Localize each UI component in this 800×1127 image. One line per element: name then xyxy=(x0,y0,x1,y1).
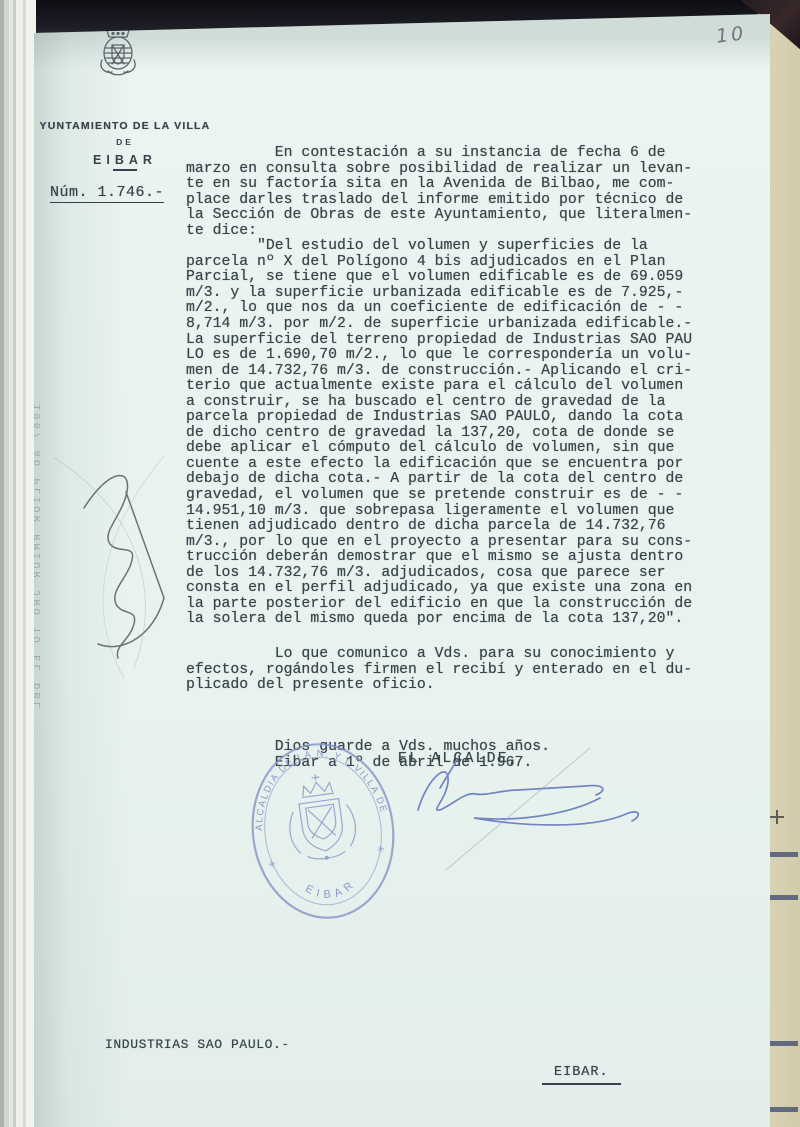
stamp-star-right: ✳ xyxy=(376,844,385,855)
typed-line: de los 14.732,76 m/3. adjudicados, cosa … xyxy=(186,566,786,582)
typed-line: Parcial, se tiene que el volumen edifica… xyxy=(186,270,786,286)
typed-line: la Sección de Obras de este Ayuntamiento… xyxy=(186,208,786,224)
svg-text:EIBAR: EIBAR xyxy=(302,876,361,905)
stamp-star-left: ✳ xyxy=(267,859,276,870)
letter-body: En contestación a su instancia de fecha … xyxy=(186,146,786,771)
typed-line: gravedad, el volumen que se pretende con… xyxy=(186,488,786,504)
underlying-page-mark xyxy=(766,1107,798,1112)
typed-line: men de 14.732,76 m/3. de construcción.- … xyxy=(186,364,786,380)
paragraph-technical-report: "Del estudio del volumen y superficies d… xyxy=(186,239,786,628)
typed-line: terio que actualmente existe para el cál… xyxy=(186,379,786,395)
letterhead-org-name: YUNTAMIENTO DE LA VILLA xyxy=(34,120,216,132)
underlying-page-cross-mark xyxy=(770,810,784,824)
underlying-page-mark xyxy=(766,895,798,900)
document-page: 10 YUNTAMIENTO DE LA VILLA xyxy=(34,0,770,1127)
typed-line: la solera del mismo queda por encima de … xyxy=(186,612,786,628)
typed-line: trucción deberán demostrar que el mismo … xyxy=(186,550,786,566)
typed-line: debe aplicar el cómputo del cálculo de v… xyxy=(186,441,786,457)
typed-line xyxy=(186,694,786,710)
typed-line: La superficie del terreno propiedad de I… xyxy=(186,333,786,349)
typed-line: a construir, se ha buscado el centro de … xyxy=(186,395,786,411)
typed-line: te dice: xyxy=(186,224,786,240)
paragraph-notification: Lo que comunico a Vds. para su conocimie… xyxy=(186,647,786,709)
typed-line: tienen adjudicado dentro de dicha parcel… xyxy=(186,519,786,535)
typed-line: efectos, rogándoles firmen el recibí y e… xyxy=(186,663,786,679)
typed-line: 14.951,10 m/3. que sobrepasa ligeramente… xyxy=(186,504,786,520)
pencil-scribble xyxy=(14,448,174,688)
typed-line: debajo de dicha cota.- A partir de la co… xyxy=(186,472,786,488)
typed-line: m/3., por lo que en el proyecto a presen… xyxy=(186,535,786,551)
handwritten-page-number: 10 xyxy=(715,22,748,48)
stamp-arc-bottom-text: EIBAR xyxy=(302,876,361,905)
typed-line: consta en el perfil adjudicado, ya que e… xyxy=(186,581,786,597)
typed-line: parcela propiedad de Industrias SAO PAUL… xyxy=(186,410,786,426)
paragraph-intro: En contestación a su instancia de fecha … xyxy=(186,146,786,239)
underlying-page-mark xyxy=(766,852,798,857)
typed-line: En contestación a su instancia de fecha … xyxy=(186,146,786,162)
typed-line: te en su factoría sita en la Avenida de … xyxy=(186,177,786,193)
typed-line: marzo en consulta sobre posibilidad de r… xyxy=(186,162,786,178)
mayor-signature xyxy=(390,718,720,893)
destination-place: EIBAR. xyxy=(542,1065,621,1085)
typed-line: "Del estudio del volumen y superficies d… xyxy=(186,239,786,255)
typed-line: 8,714 m/3. por m/2. de superficie urbani… xyxy=(186,317,786,333)
letterhead-underline xyxy=(113,169,137,171)
book-spine-page-edges xyxy=(0,0,36,1127)
typed-line: LO es de 1.690,70 m/2., lo que le corres… xyxy=(186,348,786,364)
typed-line: m/2., lo que nos da un coeficiente de ed… xyxy=(186,301,786,317)
typed-line: place darles traslado del informe emitid… xyxy=(186,193,786,209)
typed-line: Lo que comunico a Vds. para su conocimie… xyxy=(186,647,786,663)
addressee: INDUSTRIAS SAO PAULO.- xyxy=(105,1037,290,1052)
alcaldia-eibar-stamp: ALCALDIA DE LA N. Y L VILLA DE EIBAR ✳ ✳ xyxy=(236,728,410,933)
underlying-page-mark xyxy=(766,1041,798,1046)
scanned-letter-photo: 10 YUNTAMIENTO DE LA VILLA xyxy=(0,0,800,1127)
typed-line: plicado del presente oficio. xyxy=(186,678,786,694)
reference-number: Núm. 1.746.- xyxy=(50,184,164,203)
stamp-coat-of-arms xyxy=(283,770,360,864)
